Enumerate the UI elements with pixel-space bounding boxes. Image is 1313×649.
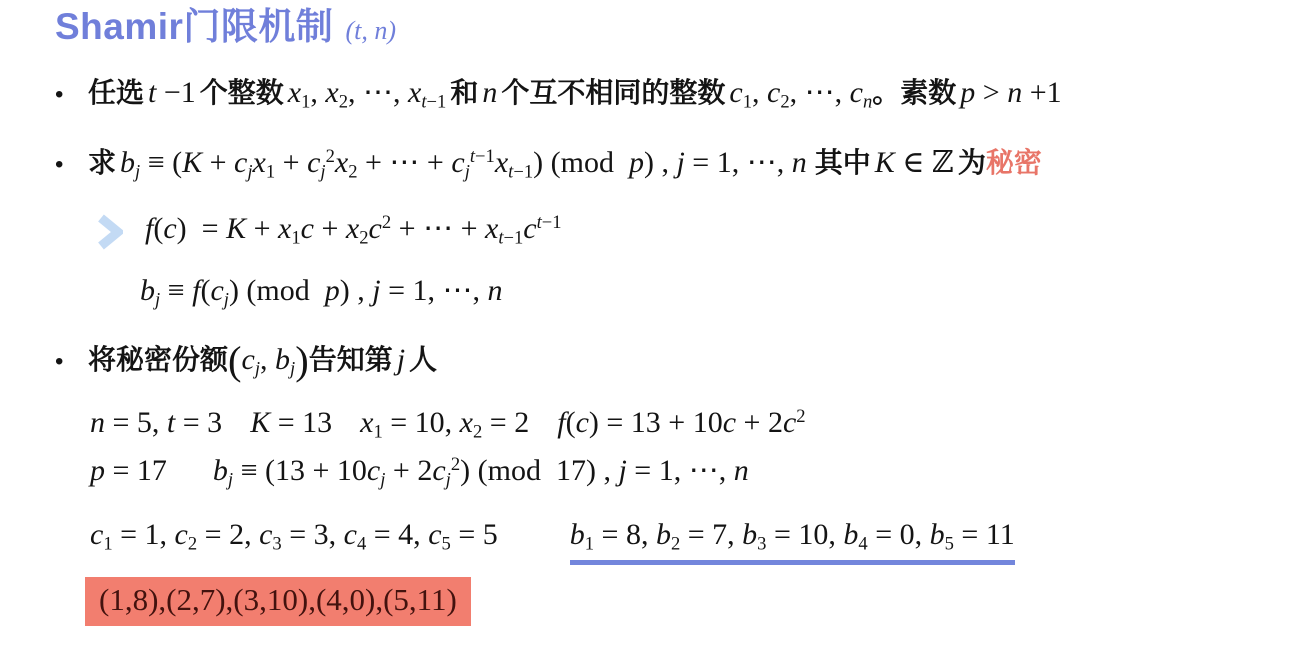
example-b-values-underlined: b1 = 8, b2 = 7, b3 = 10, b4 = 0, b5 = 11 bbox=[570, 518, 1015, 565]
bullet-compute-shares-text: 求 bj ≡ (K + cjx1 + cj2x2 + ⋯ + cjt−1xt−1… bbox=[88, 146, 1042, 181]
formula-polynomial-fc: f(c) = K + x1c + x2c2 + ⋯ + xt−1ct−1 bbox=[145, 212, 562, 247]
chevron-right-icon bbox=[97, 214, 123, 250]
example-c-values: c1 = 1, c2 = 2, c3 = 3, c4 = 4, c5 = 5 bbox=[90, 518, 498, 553]
example-x-values: x1 = 10, x2 = 2 bbox=[360, 406, 529, 441]
bullet-dot: • bbox=[55, 151, 88, 179]
example-bj-formula: bj ≡ (13 + 10cj + 2cj2) (mod 17) , j = 1… bbox=[213, 454, 749, 489]
example-n-t: n = 5, t = 3 bbox=[90, 406, 222, 441]
page-title: Shamir门限机制 (t, n) bbox=[55, 6, 396, 49]
example-polynomial: f(c) = 13 + 10c + 2c2 bbox=[557, 406, 805, 441]
bullet-compute-shares: • 求 bj ≡ (K + cjx1 + cj2x2 + ⋯ + cjt−1xt… bbox=[55, 146, 1042, 181]
title-text: Shamir门限机制 bbox=[55, 6, 333, 49]
example-row-values: c1 = 1, c2 = 2, c3 = 3, c4 = 4, c5 = 5 b… bbox=[90, 518, 1015, 565]
example-secret-k: K = 13 bbox=[250, 406, 332, 441]
bullet-dot: • bbox=[55, 81, 88, 109]
formula-bj-mod-p: bj ≡ f(cj) (mod p) , j = 1, ⋯, n bbox=[140, 274, 503, 309]
slide: Shamir门限机制 (t, n) • 任选 t −1 个整数 x1, x2, … bbox=[0, 0, 1313, 649]
bullet-choose-integers-text: 任选 t −1 个整数 x1, x2, ⋯, xt−1 和 n 个互不相同的整数… bbox=[88, 76, 1062, 111]
bullet-dot: • bbox=[55, 348, 88, 376]
bullet-distribute-shares-text: 将秘密份额(cj, bj)告知第 j 人 bbox=[88, 338, 437, 385]
example-row-modular: p = 17 bj ≡ (13 + 10cj + 2cj2) (mod 17) … bbox=[90, 454, 749, 489]
shares-highlight-box: (1,8),(2,7),(3,10),(4,0),(5,11) bbox=[85, 577, 471, 626]
example-row-parameters: n = 5, t = 3 K = 13 x1 = 10, x2 = 2 f(c)… bbox=[90, 406, 806, 441]
example-prime-p: p = 17 bbox=[90, 454, 167, 489]
bullet-choose-integers: • 任选 t −1 个整数 x1, x2, ⋯, xt−1 和 n 个互不相同的… bbox=[55, 76, 1062, 111]
title-threshold-notation: (t, n) bbox=[345, 16, 396, 46]
bullet-distribute-shares: • 将秘密份额(cj, bj)告知第 j 人 bbox=[55, 338, 437, 385]
